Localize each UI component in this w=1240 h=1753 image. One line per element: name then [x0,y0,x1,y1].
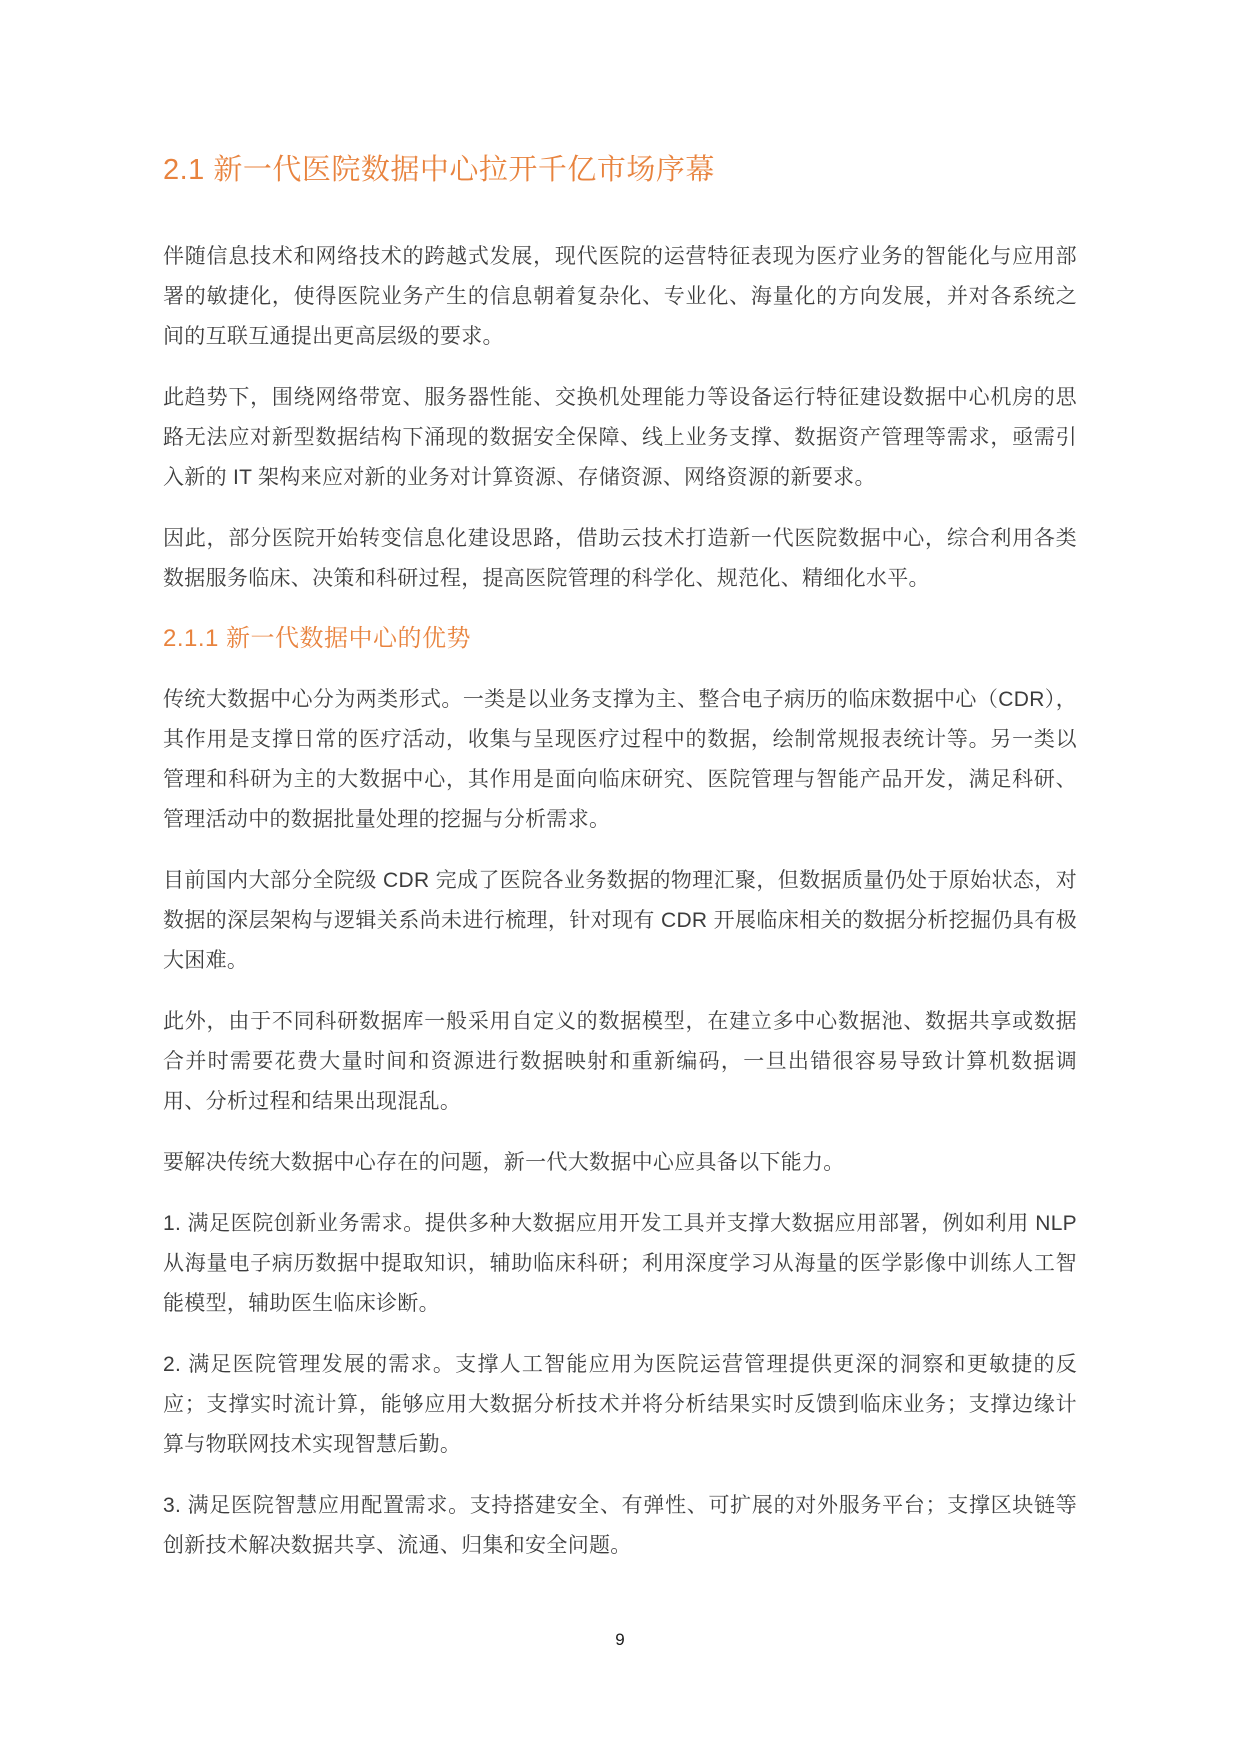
paragraph: 伴随信息技术和网络技术的跨越式发展，现代医院的运营特征表现为医疗业务的智能化与应… [163,237,1077,357]
page-number: 9 [0,1630,1240,1650]
paragraph: 1. 满足医院创新业务需求。提供多种大数据应用开发工具并支撑大数据应用部署，例如… [163,1204,1077,1324]
page-content: 2.1 新一代医院数据中心拉开千亿市场序幕 伴随信息技术和网络技术的跨越式发展，… [0,0,1240,1566]
paragraph: 目前国内大部分全院级 CDR 完成了医院各业务数据的物理汇聚，但数据质量仍处于原… [163,861,1077,981]
section-heading: 2.1 新一代医院数据中心拉开千亿市场序幕 [163,150,1077,190]
document-page: 2.1 新一代医院数据中心拉开千亿市场序幕 伴随信息技术和网络技术的跨越式发展，… [0,0,1240,1753]
subsection-heading: 2.1.1 新一代数据中心的优势 [163,621,1077,657]
paragraph: 2. 满足医院管理发展的需求。支撑人工智能应用为医院运营管理提供更深的洞察和更敏… [163,1345,1077,1465]
paragraph: 因此，部分医院开始转变信息化建设思路，借助云技术打造新一代医院数据中心，综合利用… [163,519,1077,599]
paragraph: 要解决传统大数据中心存在的问题，新一代大数据中心应具备以下能力。 [163,1143,1077,1183]
paragraph: 此外，由于不同科研数据库一般采用自定义的数据模型，在建立多中心数据池、数据共享或… [163,1002,1077,1122]
paragraph: 3. 满足医院智慧应用配置需求。支持搭建安全、有弹性、可扩展的对外服务平台；支撑… [163,1486,1077,1566]
paragraph: 传统大数据中心分为两类形式。一类是以业务支撑为主、整合电子病历的临床数据中心（C… [163,680,1077,840]
paragraph: 此趋势下，围绕网络带宽、服务器性能、交换机处理能力等设备运行特征建设数据中心机房… [163,378,1077,498]
